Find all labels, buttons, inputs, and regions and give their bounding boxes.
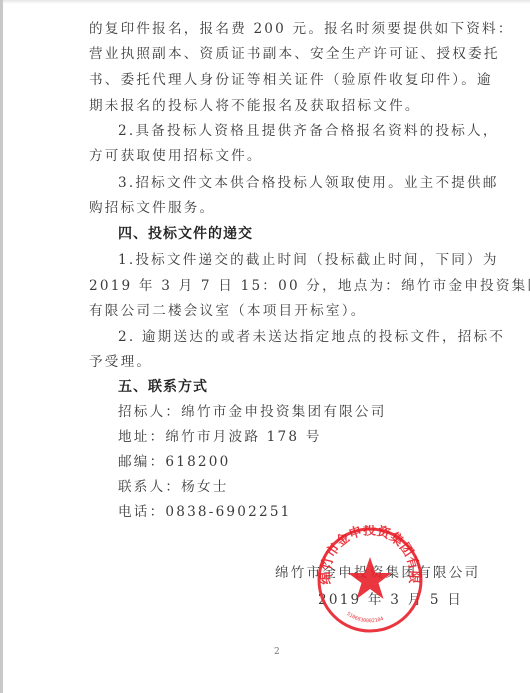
paragraph-line: 1.投标文件递交的截止时间（投标截止时间，下同）为 xyxy=(118,250,499,270)
contact-address: 地址：绵竹市月波路 178 号 xyxy=(118,427,322,447)
paragraph-line: 方可获取使用招标文件。 xyxy=(89,146,263,166)
section-heading-contact: 五、联系方式 xyxy=(118,377,208,397)
contact-phone: 电话：0838-6902251 xyxy=(118,502,292,522)
paragraph-line: 营业执照副本、资质证书副本、安全生产许可证、授权委托 xyxy=(89,44,500,64)
page-number: 2 xyxy=(274,647,280,657)
paragraph-line: 2.具备投标人资格且提供齐备合格报名资料的投标人， xyxy=(118,121,499,141)
paragraph-line: 3.招标文件文本供合格投标人领取使用。业主不提供邮 xyxy=(118,173,499,193)
paragraph-line: 有限公司二楼会议室（本项目开标室）。 xyxy=(89,301,367,321)
section-heading-submission: 四、投标文件的递交 xyxy=(118,224,253,244)
paragraph-line: 的复印件报名，报名费 200 元。报名时须要提供如下资料： xyxy=(89,19,514,39)
paragraph-line: 2. 逾期送达的或者未送达指定地点的投标文件，招标不 xyxy=(118,327,505,347)
paragraph-line: 购招标文件服务。 xyxy=(89,198,215,218)
company-seal-icon: 绵竹市金申投资集团有限公司 5106830002104 xyxy=(315,525,425,635)
paragraph-line: 期未报名的投标人将不能报名及获取招标文件。 xyxy=(89,96,421,116)
paragraph-line: 书、委托代理人身份证等相关证件（验原件收复印件）。逾 xyxy=(89,70,493,90)
contact-person: 联系人：杨女士 xyxy=(118,477,229,497)
svg-text:5106830002104: 5106830002104 xyxy=(345,611,384,624)
paragraph-line: 2019 年 3 月 7 日 15：00 分，地点为：绵竹市金申投资集团 xyxy=(89,276,530,296)
viewer-left-border xyxy=(0,0,3,693)
viewer-top-edge xyxy=(0,0,530,4)
contact-postcode: 邮编：618200 xyxy=(118,452,230,472)
contact-tenderer: 招标人：绵竹市金申投资集团有限公司 xyxy=(118,402,387,422)
paragraph-line: 予受理。 xyxy=(89,352,152,372)
